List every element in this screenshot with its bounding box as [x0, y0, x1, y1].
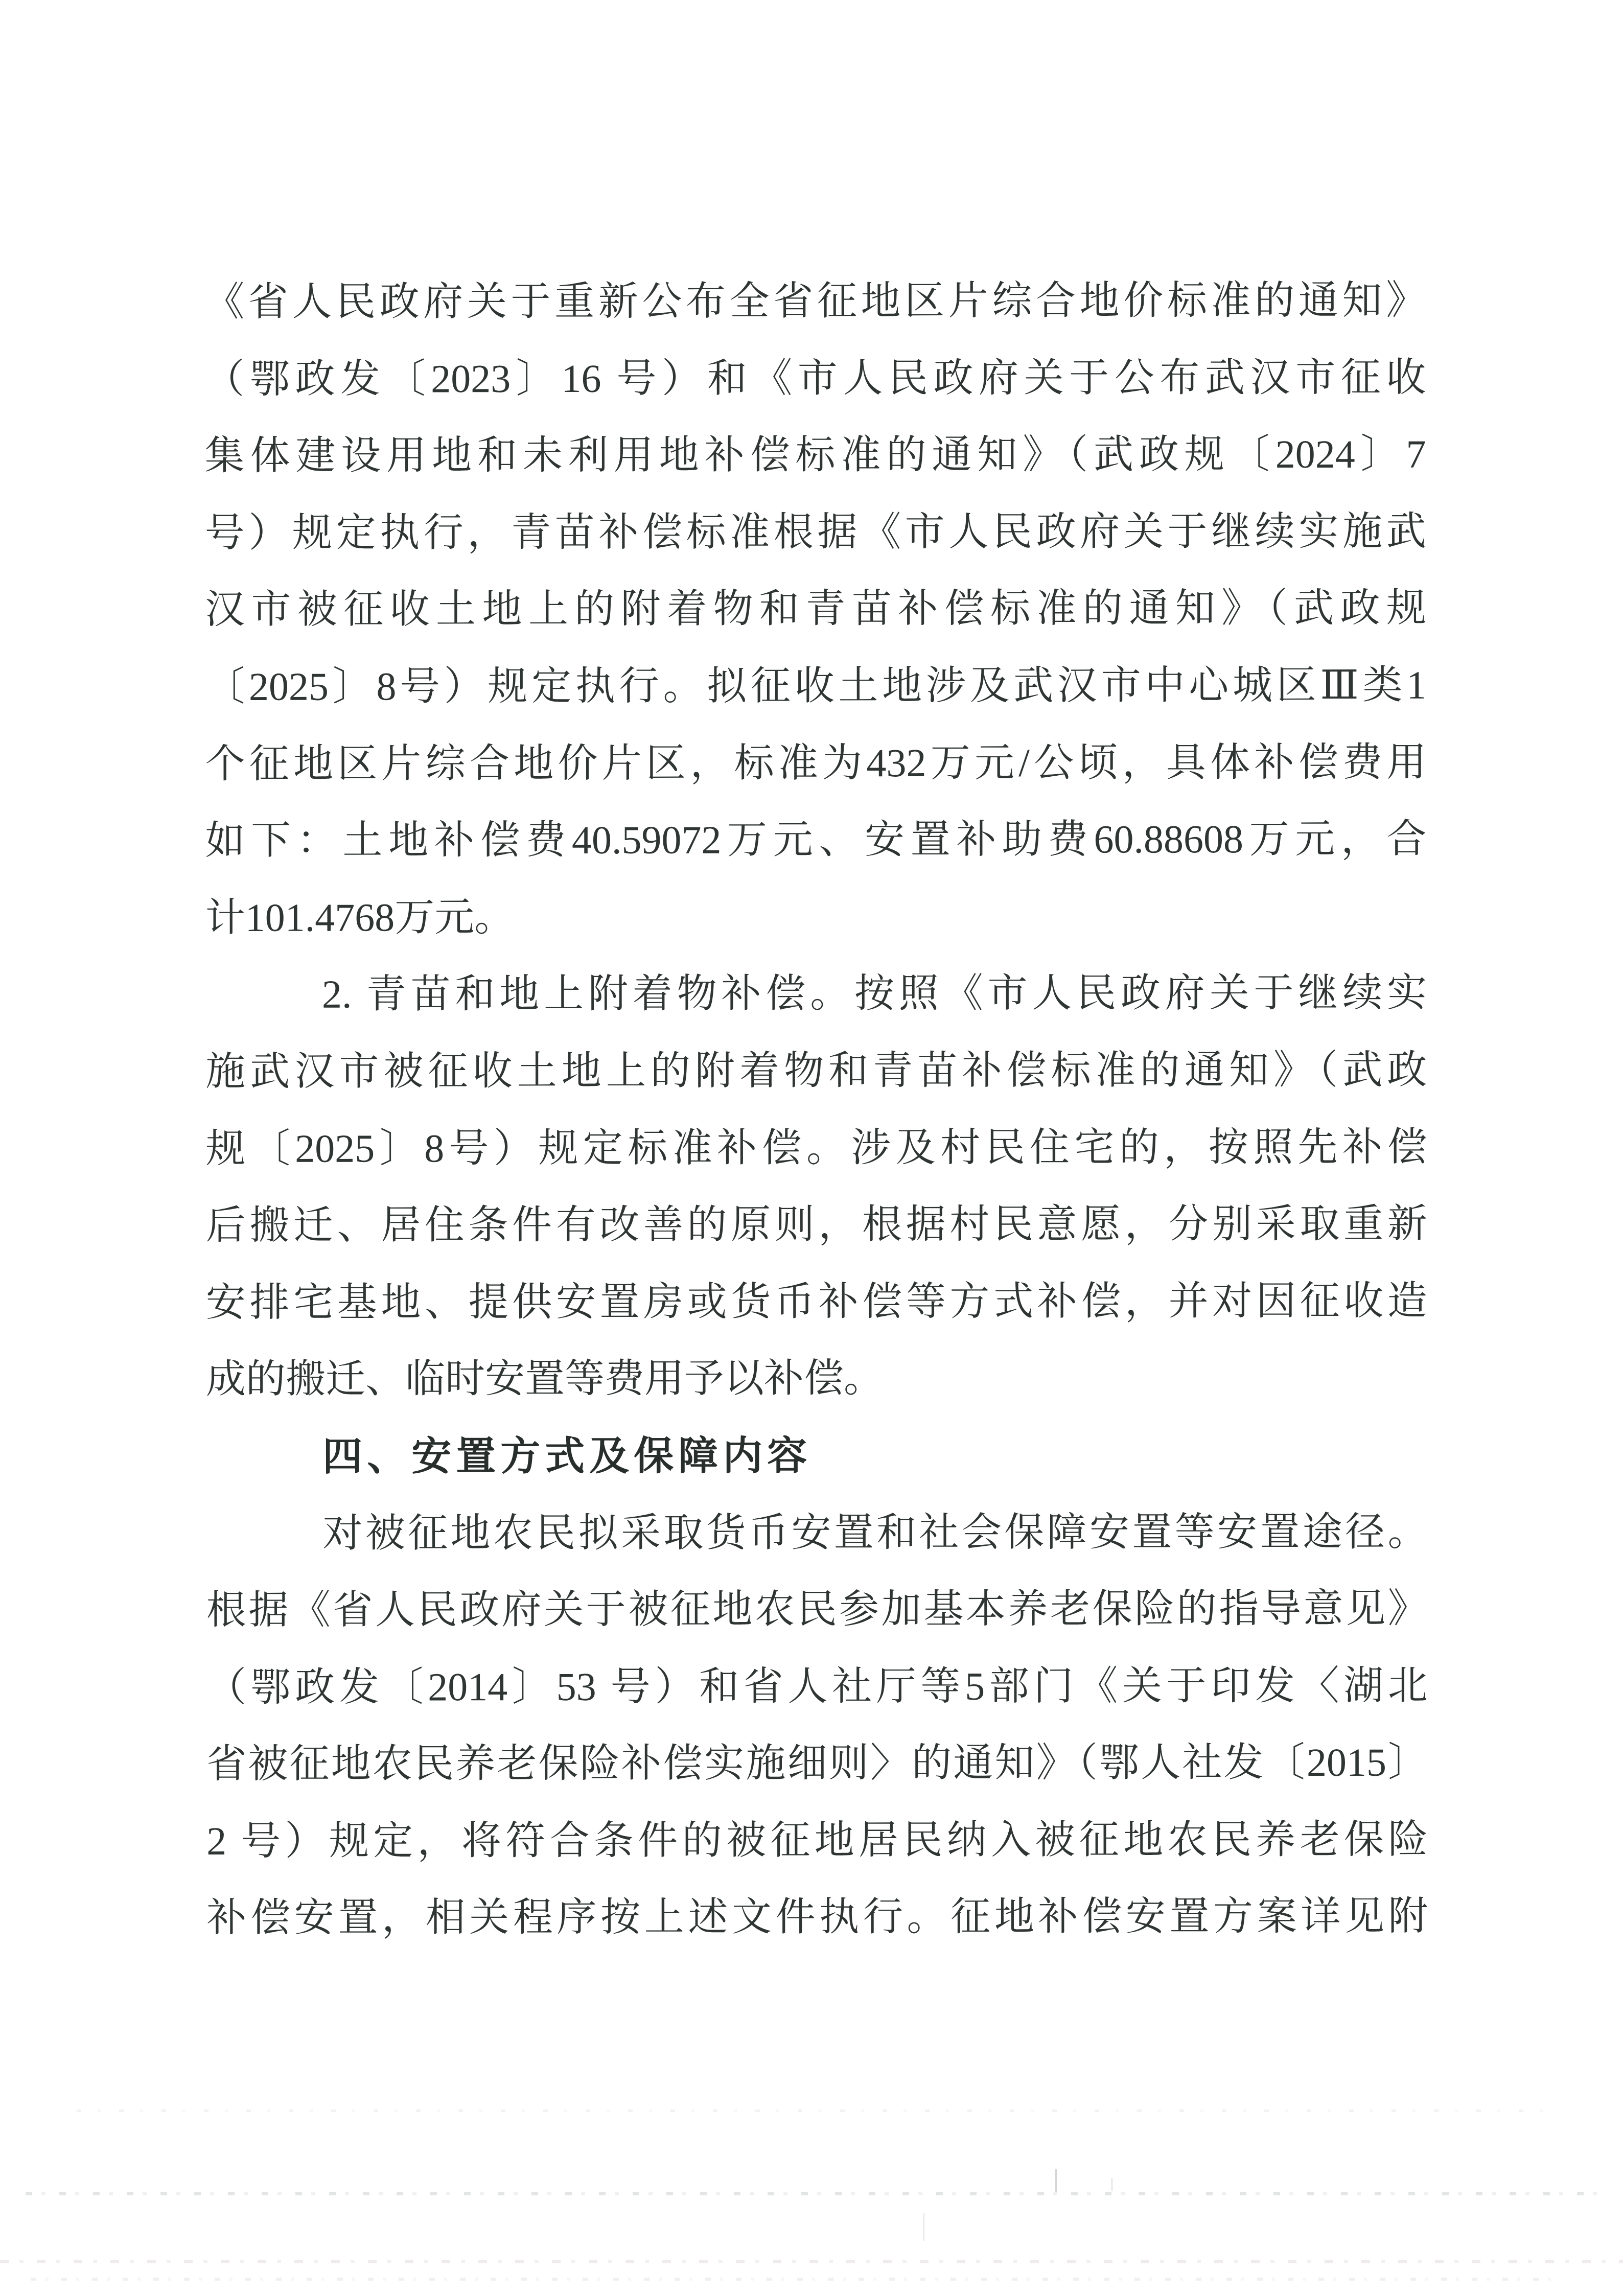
document-body: 《省人民政府关于重新公布全省征地区片综合地价标准的通知》（鄂政发〔2023〕16…: [204, 262, 1428, 1957]
text-line: 号）规定执行，青苗补偿标准根据《市人民政府关于继续实施武: [205, 493, 1426, 571]
scan-noise-band: [31, 2278, 1564, 2281]
text-line: 汉市被征收土地上的附着物和青苗补偿标准的通知》（武政规: [205, 570, 1426, 648]
scan-speck: [923, 2213, 924, 2241]
scan-noise-band: [26, 2192, 1599, 2195]
text-line: 施武汉市被征收土地上的附着物和青苗补偿标准的通知》（武政: [205, 1032, 1427, 1110]
text-line: 个征地区片综合地价片区，标准为432万元/公顷，具体补偿费用: [205, 724, 1426, 802]
section-heading: 四、安置方式及保障内容: [206, 1417, 1427, 1495]
scan-speck: [1111, 2178, 1112, 2191]
scan-noise-band: [0, 2260, 1623, 2263]
text-line: 2 号）规定，将符合条件的被征地居民纳入被征地农民养老保险: [206, 1801, 1428, 1880]
text-line: （鄂政发〔2023〕16 号）和《市人民政府关于公布武汉市征收: [204, 339, 1426, 418]
scan-noise-band: [77, 2109, 1559, 2112]
text-line: 〔2025〕8号）规定执行。拟征收土地涉及武汉市中心城区Ⅲ类1: [205, 647, 1426, 726]
scan-speck: [1055, 2169, 1057, 2192]
text-line: 规〔2025〕8号）规定标准补偿。涉及村民住宅的，按照先补偿: [205, 1108, 1427, 1187]
text-line: 《省人民政府关于重新公布全省征地区片综合地价标准的通知》: [204, 262, 1426, 341]
text-line: 计101.4768万元。: [205, 877, 1427, 956]
text-line: （鄂政发〔2014〕53 号）和省人社厅等5部门《关于印发〈湖北: [206, 1647, 1428, 1726]
text-line: 集体建设用地和未利用地补偿标准的通知》（武政规〔2024〕7: [204, 416, 1426, 495]
text-line: 根据《省人民政府关于被征地农民参加基本养老保险的指导意见》: [206, 1570, 1428, 1649]
text-line: 后搬迁、居住条件有改善的原则，根据村民意愿，分别采取重新: [206, 1186, 1427, 1264]
text-line: 安排宅基地、提供安置房或货币补偿等方式补偿，并对因征收造: [206, 1262, 1427, 1341]
text-line: 如下：土地补偿费40.59072万元、安置补助费60.88608万元，合: [205, 801, 1426, 879]
text-line: 对被征地农民拟采取货币安置和社会保障安置等安置途径。: [206, 1493, 1427, 1572]
text-line: 成的搬迁、临时安置等费用予以补偿。: [206, 1339, 1427, 1418]
scanned-document-page: 《省人民政府关于重新公布全省征地区片综合地价标准的通知》（鄂政发〔2023〕16…: [0, 0, 1623, 2296]
text-line: 补偿安置，相关程序按上述文件执行。征地补偿安置方案详见附: [206, 1878, 1428, 1957]
text-line: 省被征地农民养老保险补偿实施细则〉的通知》（鄂人社发〔2015〕: [206, 1724, 1428, 1803]
text-line: 2. 青苗和地上附着物补偿。按照《市人民政府关于继续实: [205, 955, 1427, 1033]
